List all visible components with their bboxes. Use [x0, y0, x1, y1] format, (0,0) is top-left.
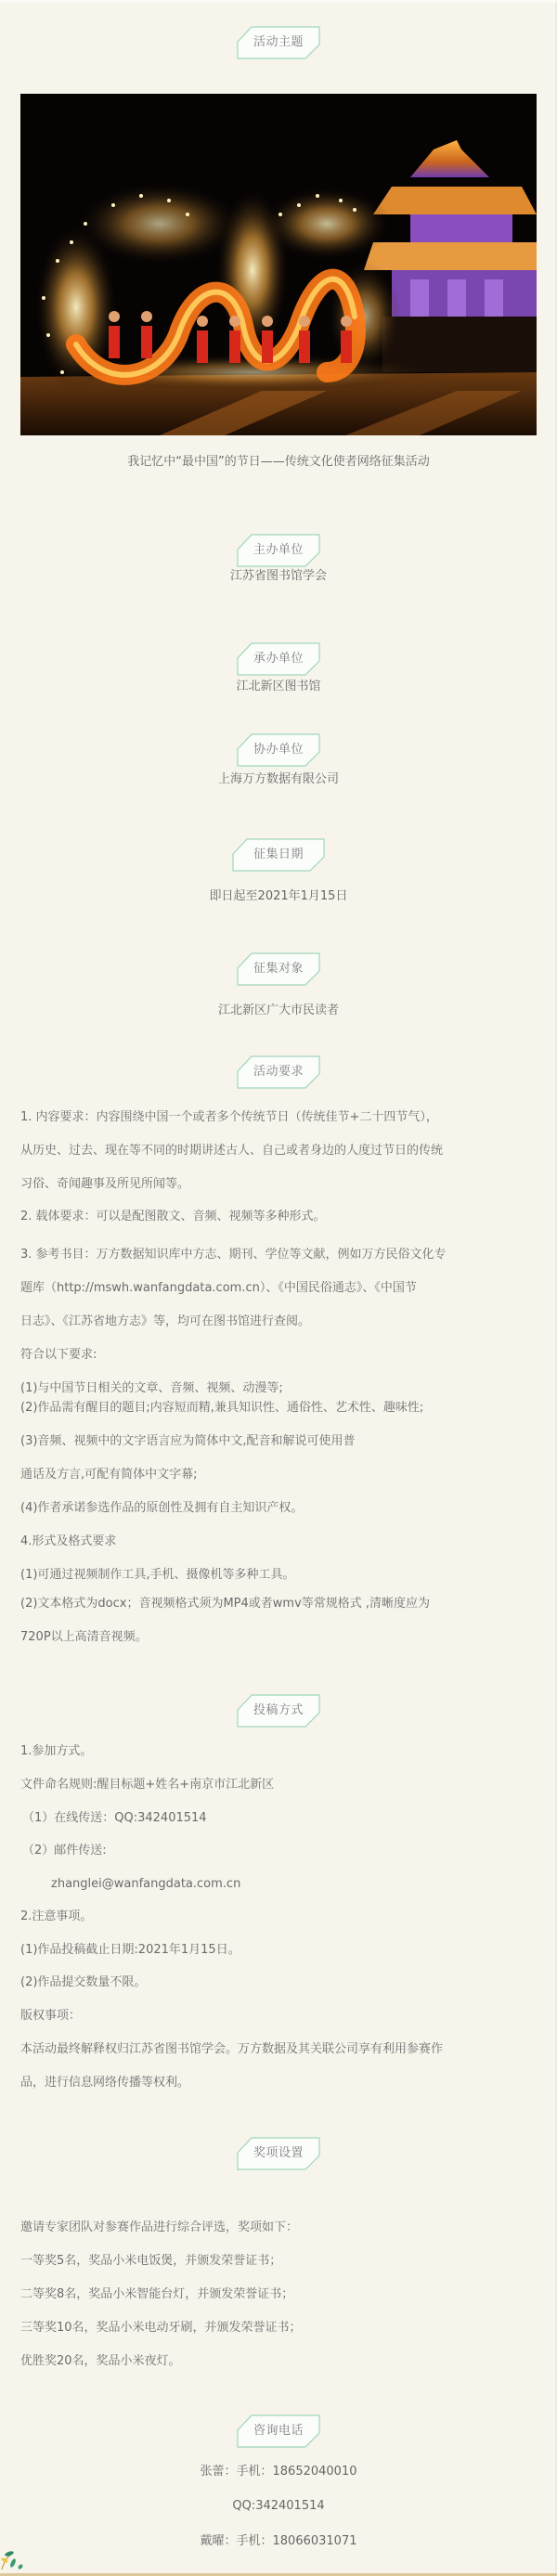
co-organizer-value: 上海万方数据有限公司 [0, 771, 557, 788]
section-tag-theme: 活动主题 [237, 26, 320, 59]
section-tag-audience: 征集对象 [237, 952, 320, 986]
requirements-line: 习俗、奇闻趣事及所见所闻等。 [20, 1176, 540, 1193]
section-tag-label: 承办单位 [237, 642, 320, 676]
submission-line: 文件命名规则:醒目标题+姓名+南京市江北新区 [20, 1777, 540, 1793]
requirements-line: 4.形式及格式要求 [20, 1534, 540, 1550]
contact-line-phone: 戴曜：手机：18066031071 [0, 2533, 557, 2550]
requirements-line: 2. 载体要求：可以是配图散文、音频、视频等多种形式。 [20, 1209, 540, 1225]
section-tag-date: 征集日期 [232, 838, 325, 872]
requirements-line: (3)音频、视频中的文字语言应为简体中文,配音和解说可使用普 [20, 1433, 540, 1450]
organizer-value: 江北新区图书馆 [0, 679, 557, 695]
requirements-line: 日志》、《江苏省地方志》等，均可在图书馆进行查阅。 [20, 1314, 540, 1330]
leaf-icon [0, 2549, 28, 2573]
contact-line-phone: 张蕾：手机：18652040010 [0, 2464, 557, 2480]
date-value: 即日起至2021年1月15日 [0, 888, 557, 905]
requirements-line: 题库（http://mswh.wanfangdata.com.cn）、《中国民俗… [20, 1280, 540, 1297]
section-tag-requirements: 活动要求 [237, 1055, 320, 1089]
requirements-line: 从历史、过去、现在等不同的时期讲述古人、自己或者身边的人度过节日的传统 [20, 1143, 540, 1159]
requirements-line: 符合以下要求: [20, 1347, 540, 1364]
hero-image-dragon-dance [20, 94, 537, 435]
awards-line: 二等奖8名，奖品小米智能台灯，并颁发荣誉证书； [20, 2286, 540, 2303]
section-tag-label: 活动主题 [237, 26, 320, 59]
section-tag-label: 征集对象 [237, 952, 320, 986]
contact-line-qq: QQ:342401514 [0, 2498, 557, 2515]
section-tag-label: 投稿方式 [237, 1694, 320, 1728]
requirements-line: (2)作品需有醒目的题目;内容短而精,兼具知识性、通俗性、艺术性、趣味性; [20, 1400, 540, 1417]
requirements-line: (4)作者承诺参选作品的原创性及拥有自主知识产权。 [20, 1500, 540, 1517]
section-tag-organizer: 承办单位 [237, 642, 320, 676]
requirements-line: 通话及方言,可配有简体中文字幕; [20, 1467, 540, 1483]
submission-line: 品，进行信息网络传播等权利。 [20, 2075, 540, 2091]
section-tag-contact: 咨询电话 [237, 2414, 320, 2448]
requirements-line: (1)与中国节日相关的文章、音频、视频、动漫等; [20, 1380, 540, 1397]
dragon-dance-fireworks-photo-icon [20, 94, 537, 435]
section-tag-awards: 奖项设置 [237, 2137, 320, 2170]
section-tag-label: 主办单位 [237, 534, 320, 567]
requirements-line: 3. 参考书目：万方数据知识库中方志、期刊、学位等文献，例如万方民俗文化专 [20, 1247, 540, 1263]
submission-line: (1)作品投稿截止日期:2021年1月15日。 [20, 1942, 540, 1959]
section-tag-label: 协办单位 [237, 733, 320, 767]
awards-line: 优胜奖20名，奖品小米夜灯。 [20, 2353, 540, 2370]
awards-line: 三等奖10名，奖品小米电动牙刷，并颁发荣誉证书； [20, 2320, 540, 2337]
awards-line: 邀请专家团队对参赛作品进行综合评选，奖项如下： [20, 2220, 540, 2236]
section-tag-co-organizer: 协办单位 [237, 733, 320, 767]
awards-line: 一等奖5名，奖品小米电饭煲，并颁发荣誉证书； [20, 2253, 540, 2270]
requirements-line: (2)文本格式为docx；音视频格式须为MP4或者wmv等常规格式 ,清晰度应为 [20, 1596, 540, 1612]
section-tag-host: 主办单位 [237, 534, 320, 567]
section-tag-label: 奖项设置 [237, 2137, 320, 2170]
submission-line: (2)作品提交数量不限。 [20, 1974, 540, 1991]
audience-value: 江北新区广大市民读者 [0, 1003, 557, 1019]
section-tag-submission: 投稿方式 [237, 1694, 320, 1728]
section-tag-label: 活动要求 [237, 1055, 320, 1089]
submission-line: 1.参加方式。 [20, 1743, 540, 1760]
submission-email-link[interactable]: zhanglei@wanfangdata.com.cn [51, 1876, 557, 1893]
submission-line: 版权事项： [20, 2008, 540, 2025]
section-tag-label: 咨询电话 [237, 2414, 320, 2448]
article-page: 活动主题 [0, 0, 557, 2576]
requirements-line: 720P以上高清音视频。 [20, 1629, 540, 1646]
requirements-line: 1. 内容要求：内容围绕中国一个或者多个传统节日（传统佳节+二十四节气）， [20, 1109, 540, 1126]
submission-line: 本活动最终解释权归江苏省图书馆学会。万方数据及其关联公司享有利用参赛作 [20, 2041, 540, 2058]
submission-line-email-label: （2）邮件传送: [22, 1843, 542, 1859]
section-tag-label: 征集日期 [232, 838, 325, 872]
submission-line-qq: （1）在线传送：QQ:342401514 [22, 1810, 542, 1827]
host-value: 江苏省图书馆学会 [0, 568, 557, 585]
requirements-line: (1)可通过视频制作工具,手机、摄像机等多种工具。 [20, 1567, 540, 1584]
submission-line: 2.注意事项。 [20, 1909, 540, 1925]
hero-caption: 我记忆中“最中国”的节日——传统文化使者网络征集活动 [0, 454, 557, 471]
